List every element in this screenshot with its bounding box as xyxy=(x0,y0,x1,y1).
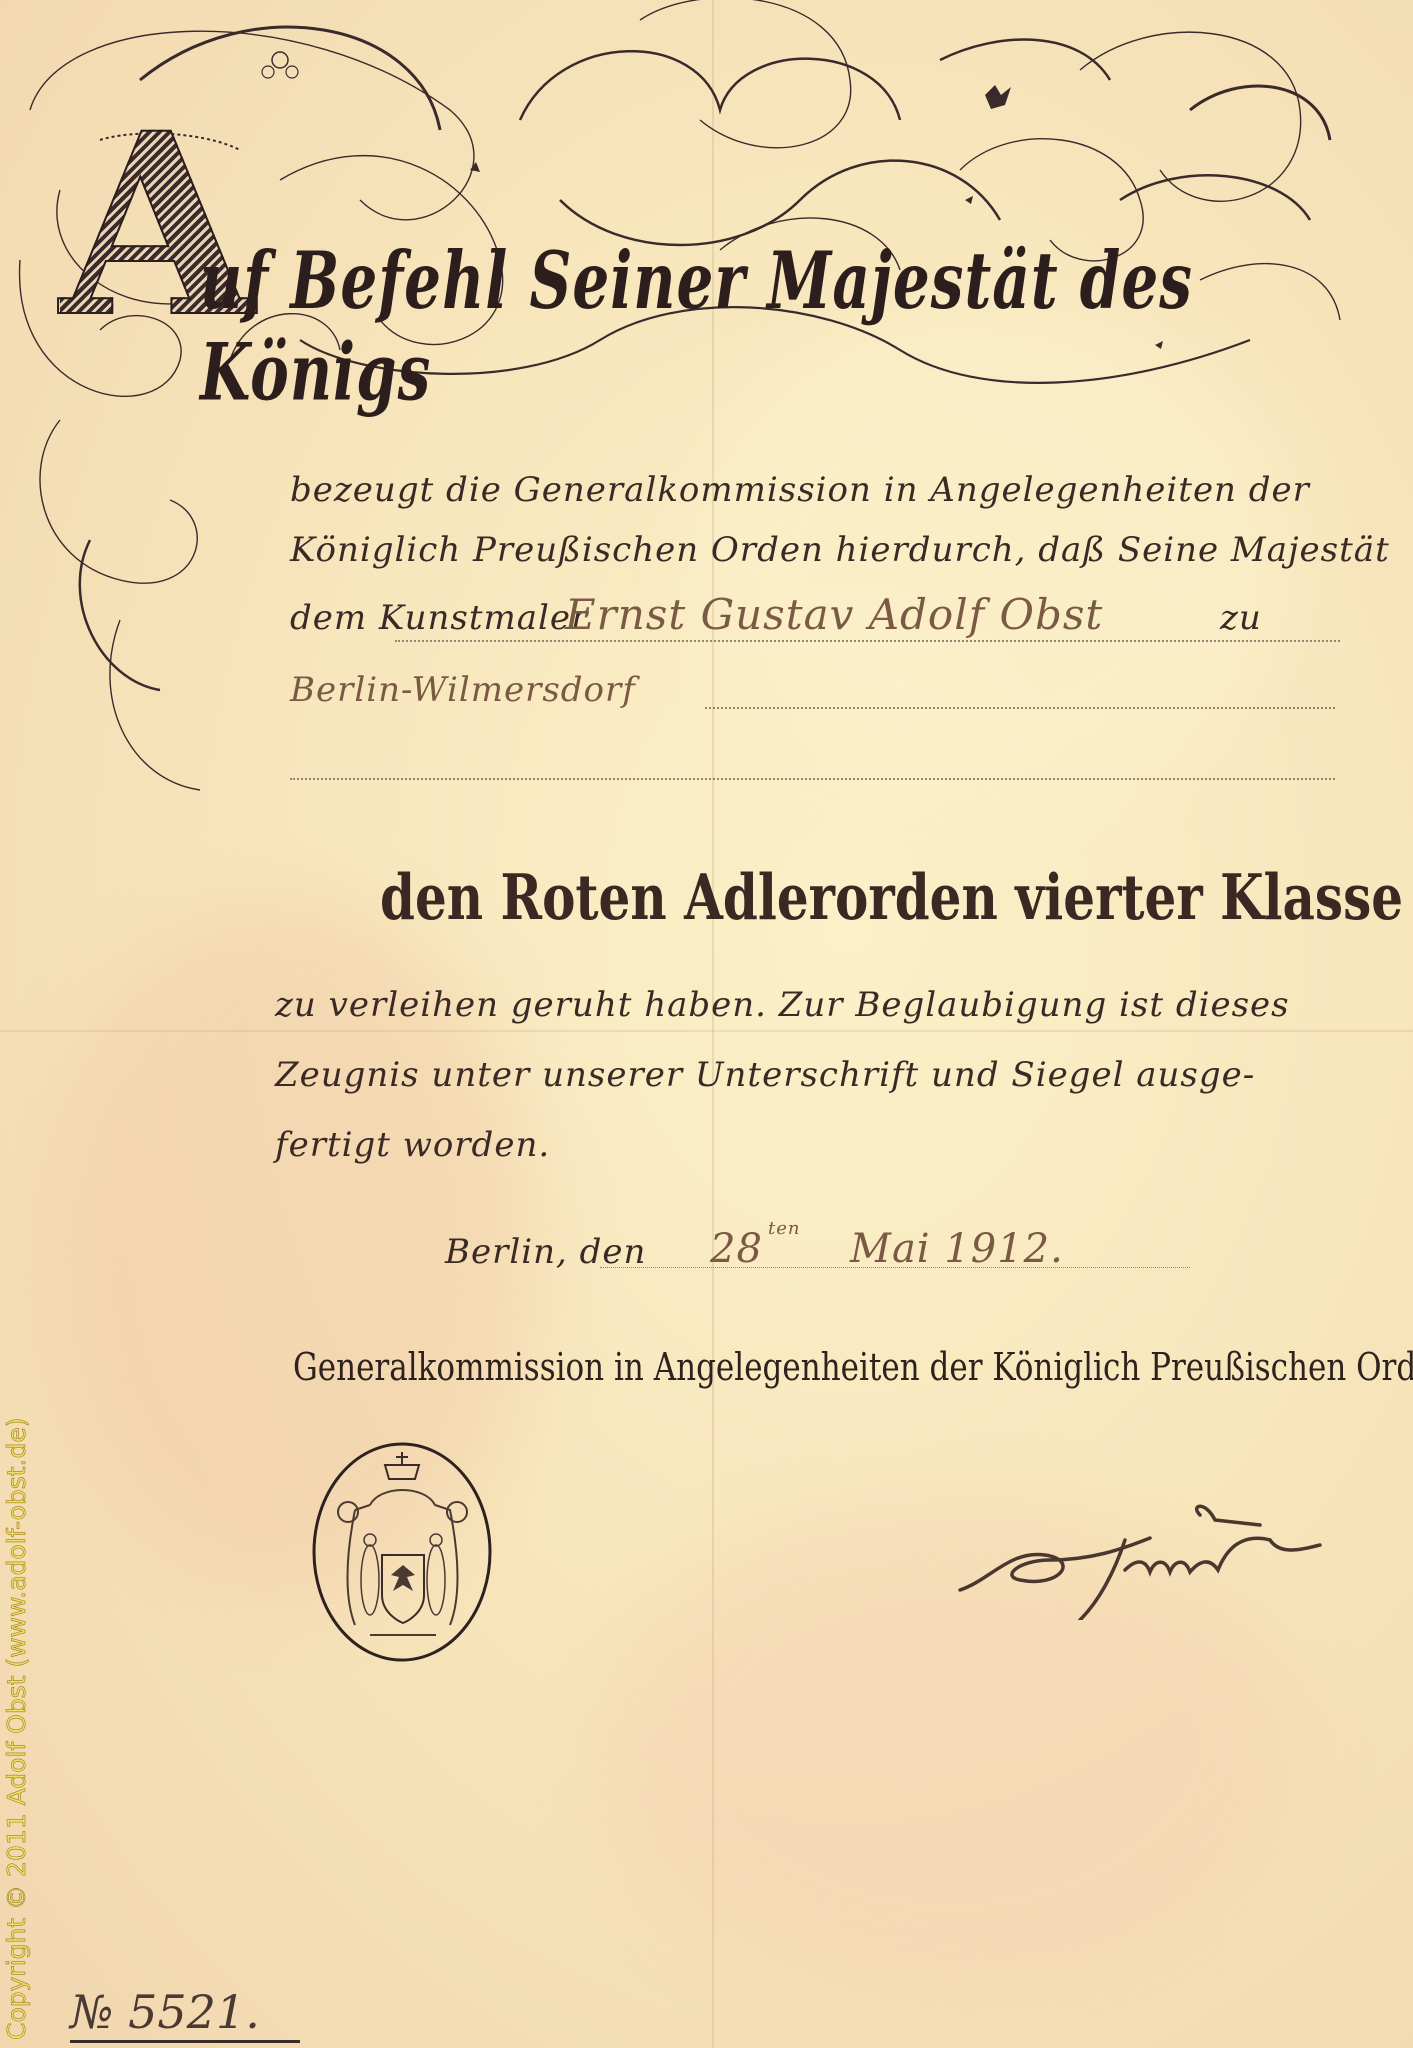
ruled-line xyxy=(600,1267,1190,1268)
award-title: den Roten Adlerorden vierter Klasse xyxy=(380,860,1280,934)
body-line-1: bezeugt die Generalkommission in Angeleg… xyxy=(290,470,1310,510)
ruled-line xyxy=(395,640,1340,642)
certificate-heading: uf Befehl Seiner Majestät des Königs xyxy=(200,235,1320,419)
ruled-line xyxy=(290,778,1335,780)
coat-of-arms-seal xyxy=(310,1440,495,1665)
body-line-2: Königlich Preußischen Orden hierdurch, d… xyxy=(290,530,1390,570)
closing-line-1: zu verleihen geruht haben. Zur Beglaubig… xyxy=(275,985,1290,1025)
body-line-3: dem Kunstmaler xyxy=(290,598,588,638)
date-day-suffix: ten xyxy=(768,1218,800,1239)
closing-line-3: fertigt worden. xyxy=(275,1125,550,1165)
recipient-name: Ernst Gustav Adolf Obst xyxy=(565,590,1103,639)
ruled-line xyxy=(705,707,1335,709)
recipient-residence: Berlin-Wilmersdorf xyxy=(290,670,636,710)
issuer-line: Generalkommission in Angelegenheiten der… xyxy=(293,1345,1413,1390)
number-underline xyxy=(70,2040,300,2043)
date-month-year: Mai 1912. xyxy=(850,1226,1064,1272)
body-line-4: zu xyxy=(1220,598,1262,638)
certificate-number: № 5521. xyxy=(70,1985,260,2039)
signature xyxy=(950,1480,1350,1620)
date-day: 28 xyxy=(710,1226,763,1272)
place-label: Berlin, den xyxy=(445,1232,646,1272)
copyright-watermark: Copyright © 2011 Adolf Obst (www.adolf-o… xyxy=(2,1418,31,2041)
closing-line-2: Zeugnis unter unserer Unterschrift und S… xyxy=(275,1055,1255,1095)
paper-fold-horizontal xyxy=(0,1030,1413,1032)
